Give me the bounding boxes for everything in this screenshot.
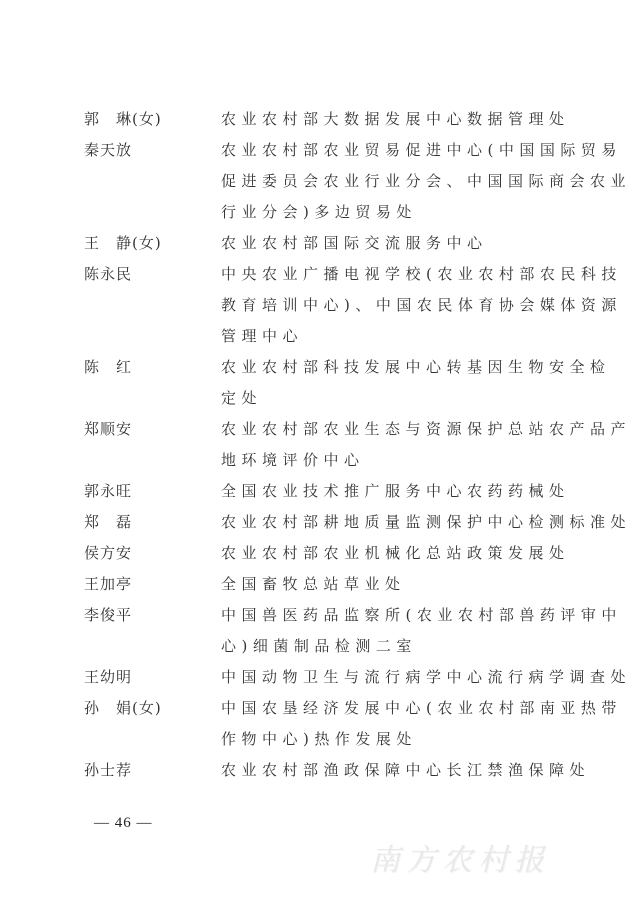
organization-line: 中国农垦经济发展中心(农业农村部南亚热带	[221, 693, 561, 724]
organization-line: 农业农村部大数据发展中心数据管理处	[221, 104, 561, 135]
organization: 全国畜牧总站草业处	[221, 569, 561, 600]
list-item: 陈 红农业农村部科技发展中心转基因生物安全检定处	[84, 352, 564, 414]
person-name: 郑顺安	[84, 414, 221, 445]
organization-line: 中央农业广播电视学校(农业农村部农民科技	[221, 259, 561, 290]
organization-line: 全国畜牧总站草业处	[221, 569, 561, 600]
list-item: 郑顺安农业农村部农业生态与资源保护总站农产品产地环境评价中心	[84, 414, 564, 476]
person-name: 孙士荐	[84, 755, 221, 786]
person-name: 侯方安	[84, 538, 221, 569]
organization: 农业农村部国际交流服务中心	[221, 228, 561, 259]
organization: 中国兽医药品监察所(农业农村部兽药评审中心)细菌制品检测二室	[221, 600, 561, 662]
organization-line: 管理中心	[221, 321, 561, 352]
person-name: 陈 红	[84, 352, 221, 383]
list-item: 侯方安农业农村部农业机械化总站政策发展处	[84, 538, 564, 569]
person-name: 孙 娟(女)	[84, 693, 221, 724]
organization-line: 农业农村部耕地质量监测保护中心检测标准处	[221, 507, 561, 538]
list-item: 王加亭全国畜牧总站草业处	[84, 569, 564, 600]
watermark: 南方农村报	[370, 835, 550, 879]
list-item: 陈永民中央农业广播电视学校(农业农村部农民科技教育培训中心)、中国农民体育协会媒…	[84, 259, 564, 352]
person-name: 王加亭	[84, 569, 221, 600]
organization-line: 全国农业技术推广服务中心农药药械处	[221, 476, 561, 507]
list-item: 郑 磊农业农村部耕地质量监测保护中心检测标准处	[84, 507, 564, 538]
list-item: 秦天放农业农村部农业贸易促进中心(中国国际贸易促进委员会农业行业分会、中国国际商…	[84, 135, 564, 228]
person-name: 王幼明	[84, 662, 221, 693]
person-name: 李俊平	[84, 600, 221, 631]
organization: 农业农村部农业机械化总站政策发展处	[221, 538, 561, 569]
organization: 农业农村部农业生态与资源保护总站农产品产地环境评价中心	[221, 414, 561, 476]
list-item: 郭永旺全国农业技术推广服务中心农药药械处	[84, 476, 564, 507]
organization-line: 教育培训中心)、中国农民体育协会媒体资源	[221, 290, 561, 321]
organization-line: 心)细菌制品检测二室	[221, 631, 561, 662]
list-item: 郭 琳(女)农业农村部大数据发展中心数据管理处	[84, 104, 564, 135]
organization-line: 农业农村部科技发展中心转基因生物安全检	[221, 352, 561, 383]
list-item: 孙士荐农业农村部渔政保障中心长江禁渔保障处	[84, 755, 564, 786]
organization-line: 农业农村部国际交流服务中心	[221, 228, 561, 259]
organization-line: 农业农村部农业生态与资源保护总站农产品产	[221, 414, 561, 445]
organization-line: 农业农村部农业贸易促进中心(中国国际贸易	[221, 135, 561, 166]
list-item: 李俊平中国兽医药品监察所(农业农村部兽药评审中心)细菌制品检测二室	[84, 600, 564, 662]
organization-line: 作物中心)热作发展处	[221, 724, 561, 755]
organization-line: 行业分会)多边贸易处	[221, 197, 561, 228]
page-number: — 46 —	[94, 815, 153, 832]
organization-line: 中国动物卫生与流行病学中心流行病学调查处	[221, 662, 561, 693]
organization: 农业农村部大数据发展中心数据管理处	[221, 104, 561, 135]
organization-line: 农业农村部渔政保障中心长江禁渔保障处	[221, 755, 561, 786]
organization-line: 促进委员会农业行业分会、中国国际商会农业	[221, 166, 561, 197]
organization: 中央农业广播电视学校(农业农村部农民科技教育培训中心)、中国农民体育协会媒体资源…	[221, 259, 561, 352]
list-item: 王 静(女)农业农村部国际交流服务中心	[84, 228, 564, 259]
person-name: 秦天放	[84, 135, 221, 166]
person-name: 郭 琳(女)	[84, 104, 221, 135]
person-name: 王 静(女)	[84, 228, 221, 259]
organization-line: 中国兽医药品监察所(农业农村部兽药评审中	[221, 600, 561, 631]
document-page: 郭 琳(女)农业农村部大数据发展中心数据管理处秦天放农业农村部农业贸易促进中心(…	[0, 0, 640, 905]
organization: 全国农业技术推广服务中心农药药械处	[221, 476, 561, 507]
list-item: 孙 娟(女)中国农垦经济发展中心(农业农村部南亚热带作物中心)热作发展处	[84, 693, 564, 755]
organization-line: 定处	[221, 383, 561, 414]
person-name: 郭永旺	[84, 476, 221, 507]
organization: 农业农村部渔政保障中心长江禁渔保障处	[221, 755, 561, 786]
person-name: 郑 磊	[84, 507, 221, 538]
organization-line: 地环境评价中心	[221, 445, 561, 476]
organization: 农业农村部科技发展中心转基因生物安全检定处	[221, 352, 561, 414]
organization-line: 农业农村部农业机械化总站政策发展处	[221, 538, 561, 569]
organization: 农业农村部耕地质量监测保护中心检测标准处	[221, 507, 561, 538]
organization: 中国动物卫生与流行病学中心流行病学调查处	[221, 662, 561, 693]
person-name: 陈永民	[84, 259, 221, 290]
organization: 中国农垦经济发展中心(农业农村部南亚热带作物中心)热作发展处	[221, 693, 561, 755]
list-item: 王幼明中国动物卫生与流行病学中心流行病学调查处	[84, 662, 564, 693]
personnel-list: 郭 琳(女)农业农村部大数据发展中心数据管理处秦天放农业农村部农业贸易促进中心(…	[84, 104, 564, 786]
organization: 农业农村部农业贸易促进中心(中国国际贸易促进委员会农业行业分会、中国国际商会农业…	[221, 135, 561, 228]
